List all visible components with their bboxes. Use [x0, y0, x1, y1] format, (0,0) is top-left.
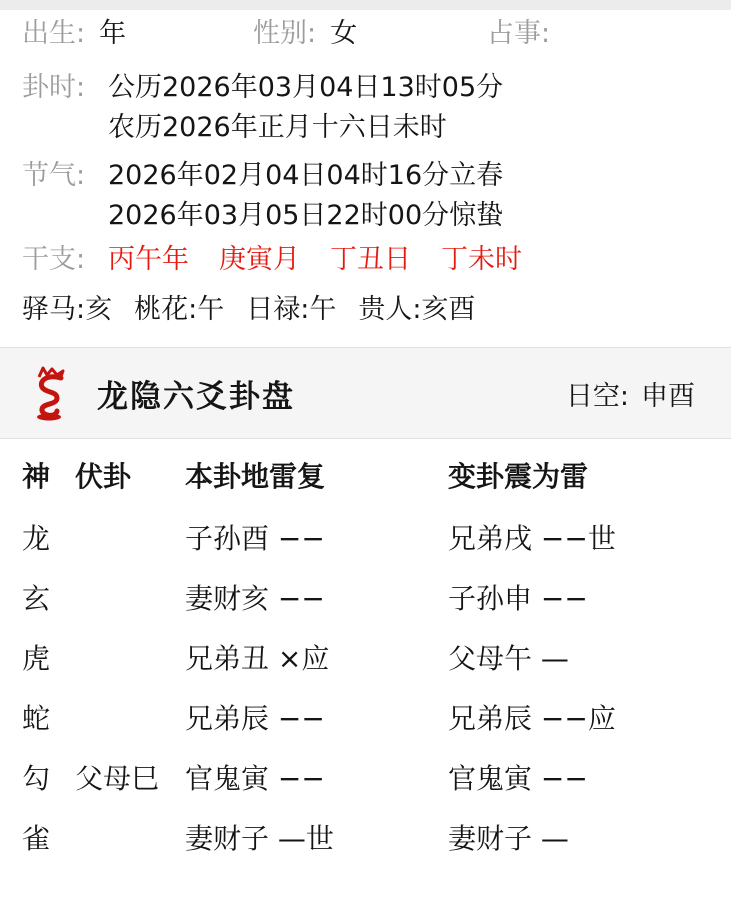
- hexagram-time-lines: 公历2026年03月04日13时05分 农历2026年正月十六日未时: [108, 68, 503, 148]
- ganzhi-values: 丙午年庚寅月丁丑日丁未时: [108, 240, 552, 280]
- hidden-cell: [75, 809, 185, 869]
- section-title: 龙隐六爻卦盘: [97, 371, 295, 416]
- changed-line-cell: 父母午 —: [448, 629, 731, 689]
- matter-label: 占事:: [487, 18, 550, 49]
- spirit-cell: 玄: [22, 569, 75, 629]
- hexagram-table: 神 伏卦 本卦地雷复 变卦震为雷 龙 子孙酉 −− 兄弟戌 −−世 玄 妻财亥 …: [0, 459, 731, 869]
- yima-item: 驿马:亥: [22, 294, 112, 325]
- col-header-original-hexagram: 本卦地雷复: [185, 459, 448, 495]
- lunar-date-line: 农历2026年正月十六日未时: [108, 108, 503, 148]
- table-row: 虎 兄弟丑 ×应 父母午 —: [22, 629, 731, 689]
- taohua-item: 桃花:午: [134, 294, 224, 325]
- ganzhi-hour: 丁未时: [441, 244, 522, 275]
- gender-value: 女: [330, 18, 357, 49]
- ganzhi-month: 庚寅月: [219, 244, 300, 275]
- birth-gender-matter-row: 出生:年 性别:女 占事:: [22, 14, 731, 54]
- changed-line-cell: 兄弟戌 −−世: [448, 509, 731, 569]
- hidden-cell: [75, 629, 185, 689]
- ganzhi-label: 干支:: [22, 240, 108, 280]
- info-section: 出生:年 性别:女 占事: 卦时: 公历2026年03月04日13时05分 农历…: [0, 14, 731, 330]
- solar-terms-label: 节气:: [22, 156, 108, 236]
- gender-label: 性别:: [253, 18, 316, 49]
- table-header-row: 神 伏卦 本卦地雷复 变卦震为雷: [22, 459, 731, 495]
- table-row: 玄 妻财亥 −− 子孙申 −−: [22, 569, 731, 629]
- top-strip: [0, 0, 731, 10]
- jingzhe-line: 2026年03月05日22时00分惊蛰: [108, 196, 503, 236]
- lichun-line: 2026年02月04日04时16分立春: [108, 156, 503, 196]
- rikong-value: 申酉: [641, 381, 695, 412]
- birth-field: 出生:年: [22, 14, 253, 54]
- rikong-field: 日空:申酉: [566, 374, 695, 413]
- shensha-row: 驿马:亥桃花:午日禄:午贵人:亥酉: [22, 290, 731, 330]
- solar-terms-lines: 2026年02月04日04时16分立春 2026年03月05日22时00分惊蛰: [108, 156, 503, 236]
- table-row: 勾 父母巳 官鬼寅 −− 官鬼寅 −−: [22, 749, 731, 809]
- rilu-item: 日禄:午: [246, 294, 336, 325]
- hidden-cell: 父母巳: [75, 749, 185, 809]
- spirit-cell: 龙: [22, 509, 75, 569]
- hexagram-time-block: 卦时: 公历2026年03月04日13时05分 农历2026年正月十六日未时: [22, 68, 731, 148]
- liuyao-divination-page: { "info": { "birth": { "label": "出生:", "…: [0, 0, 731, 900]
- ganzhi-block: 干支: 丙午年庚寅月丁丑日丁未时: [22, 240, 731, 280]
- original-line-cell: 兄弟丑 ×应: [185, 629, 448, 689]
- rikong-label: 日空:: [566, 381, 629, 412]
- birth-label: 出生:: [22, 18, 85, 49]
- section-header-band: 龙隐六爻卦盘 日空:申酉: [0, 347, 731, 439]
- table-row: 雀 妻财子 —世 妻财子 —: [22, 809, 731, 869]
- changed-line-cell: 兄弟辰 −−应: [448, 689, 731, 749]
- original-line-cell: 官鬼寅 −−: [185, 749, 448, 809]
- original-line-cell: 妻财亥 −−: [185, 569, 448, 629]
- hidden-cell: [75, 689, 185, 749]
- dragon-seal-icon: [33, 365, 67, 421]
- col-header-hidden-hexagram: 伏卦: [75, 459, 185, 495]
- ganzhi-year: 丙午年: [108, 244, 189, 275]
- solar-date-line: 公历2026年03月04日13时05分: [108, 68, 503, 108]
- solar-terms-block: 节气: 2026年02月04日04时16分立春 2026年03月05日22时00…: [22, 156, 731, 236]
- changed-line-cell: 官鬼寅 −−: [448, 749, 731, 809]
- spirit-cell: 虎: [22, 629, 75, 689]
- original-line-cell: 妻财子 —世: [185, 809, 448, 869]
- spirit-cell: 蛇: [22, 689, 75, 749]
- changed-line-cell: 妻财子 —: [448, 809, 731, 869]
- ganzhi-day: 丁丑日: [330, 244, 411, 275]
- hexagram-time-label: 卦时:: [22, 68, 108, 148]
- table-row: 龙 子孙酉 −− 兄弟戌 −−世: [22, 509, 731, 569]
- gender-field: 性别:女: [253, 14, 487, 54]
- table-body: 龙 子孙酉 −− 兄弟戌 −−世 玄 妻财亥 −− 子孙申 −− 虎 兄弟丑 ×…: [22, 509, 731, 869]
- original-line-cell: 兄弟辰 −−: [185, 689, 448, 749]
- spirit-cell: 雀: [22, 809, 75, 869]
- changed-line-cell: 子孙申 −−: [448, 569, 731, 629]
- hidden-cell: [75, 509, 185, 569]
- table-row: 蛇 兄弟辰 −− 兄弟辰 −−应: [22, 689, 731, 749]
- matter-field: 占事:: [487, 14, 731, 54]
- hidden-cell: [75, 569, 185, 629]
- original-line-cell: 子孙酉 −−: [185, 509, 448, 569]
- birth-value: 年: [99, 18, 126, 49]
- spirit-cell: 勾: [22, 749, 75, 809]
- col-header-changed-hexagram: 变卦震为雷: [448, 459, 731, 495]
- col-header-spirit: 神: [22, 459, 75, 495]
- guiren-item: 贵人:亥酉: [358, 294, 475, 325]
